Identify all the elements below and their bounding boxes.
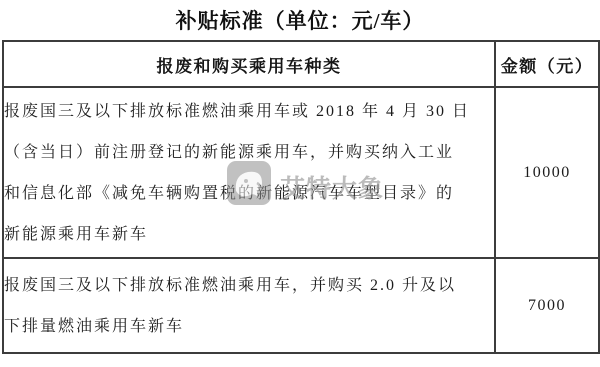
category-line: 报废国三及以下排放标准燃油乘用车，并购买 2.0 升及以 (4, 265, 494, 306)
category-line: 新能源乘用车新车 (4, 214, 494, 255)
category-line: 和信息化部《减免车辆购置税的新能源汽车车型目录》的 (4, 173, 494, 214)
header-amount: 金额（元） (495, 41, 599, 87)
table-row: 报废国三及以下排放标准燃油乘用车，并购买 2.0 升及以 下排量燃油乘用车新车 … (3, 258, 599, 353)
amount-value-row-2: 7000 (495, 258, 599, 353)
table-header-row: 报废和购买乘用车种类 金额（元） (3, 41, 599, 87)
category-line: （含当日）前注册登记的新能源乘用车，并购买纳入工业 (4, 132, 494, 173)
subsidy-table: 报废和购买乘用车种类 金额（元） 报废国三及以下排放标准燃油乘用车或 2018 … (2, 40, 600, 354)
category-line: 下排量燃油乘用车新车 (4, 306, 494, 347)
header-category: 报废和购买乘用车种类 (3, 41, 495, 87)
category-cell-row-1: 报废国三及以下排放标准燃油乘用车或 2018 年 4 月 30 日 （含当日）前… (3, 87, 495, 258)
amount-value-row-1: 10000 (495, 87, 599, 258)
page-title: 补贴标准（单位：元/车） (0, 5, 600, 35)
category-line: 报废国三及以下排放标准燃油乘用车或 2018 年 4 月 30 日 (4, 91, 494, 132)
category-cell-row-2: 报废国三及以下排放标准燃油乘用车，并购买 2.0 升及以 下排量燃油乘用车新车 (3, 258, 495, 353)
table-row: 报废国三及以下排放标准燃油乘用车或 2018 年 4 月 30 日 （含当日）前… (3, 87, 599, 258)
